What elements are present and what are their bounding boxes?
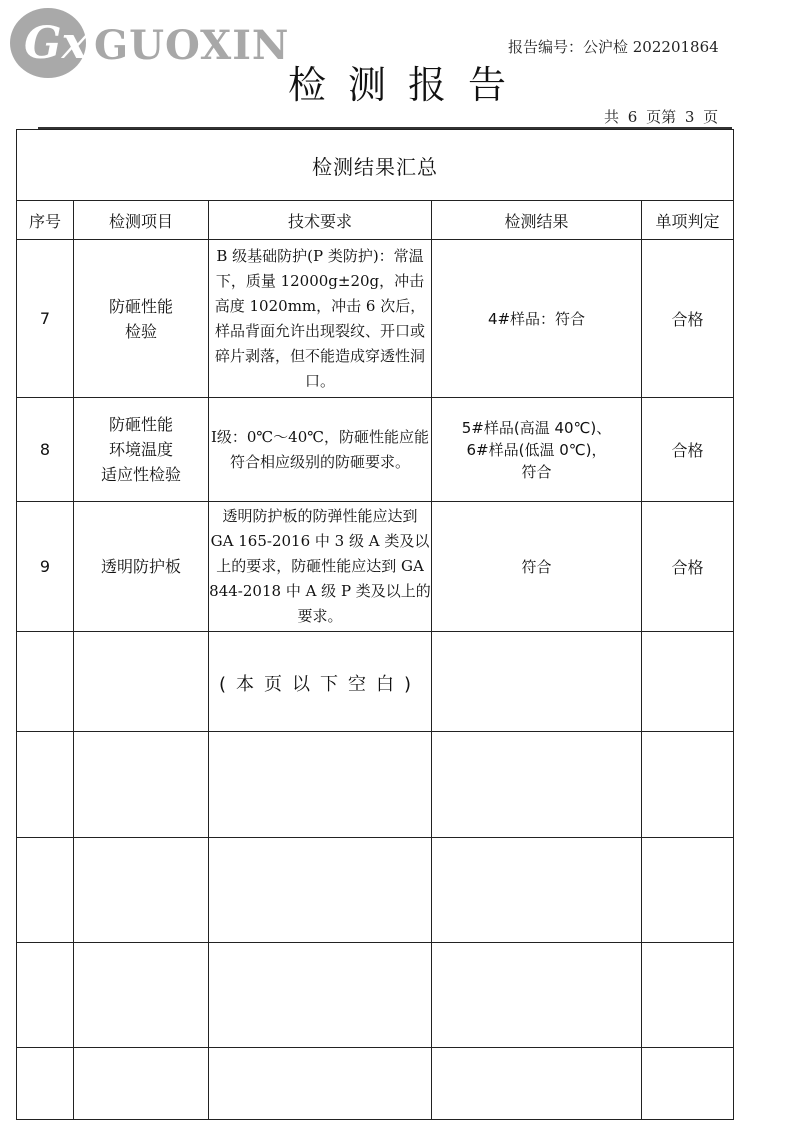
page-title: 检测报告 (288, 54, 528, 109)
column-header-verdict: 单项判定 (642, 201, 734, 240)
table-row: 7 防砸性能 检验 B 级基础防护(P 类防护)：常温下，质量 12000g±2… (17, 240, 734, 398)
empty-row (17, 1048, 734, 1120)
row-requirement: 透明防护板的防弹性能应达到 GA 165-2016 中 3 级 A 类及以上的要… (209, 502, 432, 632)
row-verdict: 合格 (642, 398, 734, 502)
column-header-result: 检测结果 (432, 201, 642, 240)
table-row: 9 透明防护板 透明防护板的防弹性能应达到 GA 165-2016 中 3 级 … (17, 502, 734, 632)
summary-title: 检测结果汇总 (17, 130, 734, 201)
empty-row (17, 838, 734, 943)
logo-glyph: Gx (24, 18, 88, 69)
row-number: 9 (17, 502, 74, 632)
empty-row (17, 732, 734, 838)
blank-note: (本页以下空白) (219, 674, 421, 695)
column-header-item: 检测项目 (74, 201, 209, 240)
table-row: 8 防砸性能 环境温度 适应性检验 Ⅰ级：0℃～40℃，防砸性能应能符合相应级别… (17, 398, 734, 502)
blank-row: (本页以下空白) (17, 632, 734, 732)
empty-row (17, 943, 734, 1048)
page-info: 共 6 页第 3 页 (604, 106, 718, 127)
row-result: 4#样品：符合 (432, 240, 642, 398)
row-item: 防砸性能 环境温度 适应性检验 (74, 398, 209, 502)
table-header-row: 序号 检测项目 技术要求 检测结果 单项判定 (17, 201, 734, 240)
results-summary-table: 检测结果汇总 序号 检测项目 技术要求 检测结果 单项判定 7 防砸性能 检验 … (16, 129, 734, 1120)
report-number: 报告编号：公沪检 202201864 (508, 36, 719, 57)
row-number: 7 (17, 240, 74, 398)
row-requirement: B 级基础防护(P 类防护)：常温下，质量 12000g±20g，冲击高度 10… (209, 240, 432, 398)
row-item: 透明防护板 (74, 502, 209, 632)
column-header-requirement: 技术要求 (209, 201, 432, 240)
logo-text: GUOXIN (94, 22, 290, 69)
row-result: 5#样品(高温 40℃)、 6#样品(低温 0℃)， 符合 (432, 398, 642, 502)
row-item: 防砸性能 检验 (74, 240, 209, 398)
guoxin-logo: Gx (10, 8, 90, 84)
column-header-no: 序号 (17, 201, 74, 240)
row-verdict: 合格 (642, 240, 734, 398)
row-verdict: 合格 (642, 502, 734, 632)
row-requirement: Ⅰ级：0℃～40℃，防砸性能应能符合相应级别的防砸要求。 (209, 398, 432, 502)
row-number: 8 (17, 398, 74, 502)
row-result: 符合 (432, 502, 642, 632)
